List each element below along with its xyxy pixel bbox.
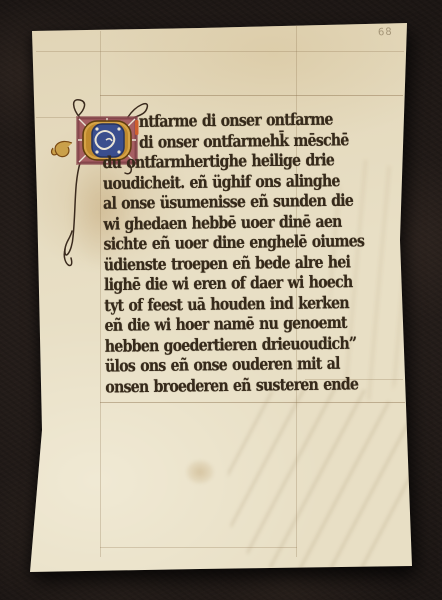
text-line: ntfarme di onser ontfarme	[102, 109, 324, 132]
text-line: onsen broederen eñ susteren ende	[105, 374, 327, 397]
text-line: eñ die wi hoer namē nu genoemt	[104, 313, 326, 336]
ruling-line-top	[36, 51, 404, 52]
text-line: üdienste troepen eñ bede alre hei	[104, 252, 326, 275]
text-line: sichte eñ uoer dine enghelē oiumes	[103, 231, 325, 254]
text-line: wi ghedaen hebbē uoer dinē aen	[103, 211, 325, 234]
text-line: uoudicheit. eñ üghif ons alinghe	[103, 170, 325, 193]
margin-squiggle	[52, 141, 72, 156]
velvet-background: 68	[0, 0, 442, 600]
text-block: ntfarme di onser ontfarme di onser ontfa…	[102, 109, 327, 397]
folio-number: 68	[378, 27, 393, 39]
text-line: di onser ontfarmehk̄ mēschē	[102, 130, 324, 153]
text-line: al onse üsumenisse eñ sunden die	[103, 191, 325, 214]
text-line: ülos ons eñ onse ouderen mit al	[105, 353, 327, 376]
text-line: lighē die wi eren of daer wi hoech	[104, 272, 326, 295]
parchment-stain-spot	[186, 460, 214, 484]
manuscript-leaf: 68	[0, 0, 442, 600]
text-line: tyt of feest uā houden ind kerken	[104, 292, 326, 315]
leaf-shadow: 68	[0, 0, 442, 600]
text-line: hebben goedertieren drieuoudich”	[105, 333, 327, 356]
parchment-wrinkles	[228, 388, 414, 572]
text-line: du ontfarmhertighe heilige drie	[102, 150, 324, 173]
